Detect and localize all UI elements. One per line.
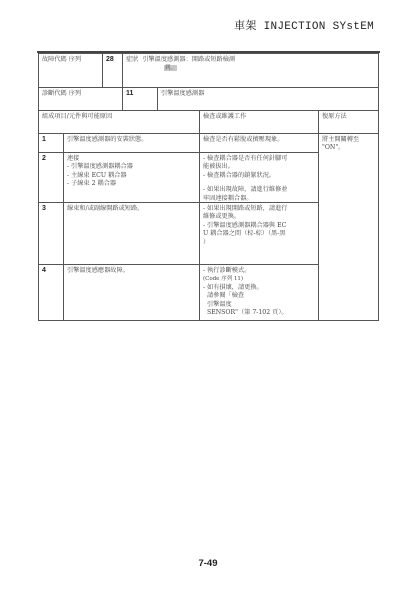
page-header-title: 車架 INJECTION SYstEM <box>234 17 374 33</box>
row-number: 1 <box>38 133 64 153</box>
check-line: 能被拔出。 <box>203 163 315 171</box>
check-line: 引擎溫度 <box>203 301 315 309</box>
reset-method-cell: 將主開關轉至 "ON"。 <box>318 133 379 321</box>
check-line: ） <box>203 239 315 247</box>
symptom-sub: 到。 <box>164 65 177 71</box>
check-line: - 檢查耦合器的鎖緊狀況。 <box>203 172 315 180</box>
check-line: - 執行診斷模式。 <box>203 267 315 275</box>
page-number: 7-49 <box>0 558 416 569</box>
reset-line: "ON"。 <box>322 144 375 152</box>
symptom-cell: 症狀 引擎溫度感測器：開路或短路檢測 到。 <box>122 53 379 88</box>
row-number: 2 <box>38 152 64 203</box>
check-line: - 引擎溫度感測器耦合器與 EC <box>203 222 315 230</box>
check-line: (Code 序列 11) <box>203 275 315 283</box>
symptom-label: 症狀 <box>126 56 138 63</box>
row-cause: 連接 - 引擎溫度感測器耦合器 - 主線束 ECU 耦合器 - 子線束 2 耦合… <box>63 152 200 203</box>
cause-line: - 子線束 2 耦合器 <box>67 180 196 188</box>
header-cause: 組成項目/元件與可能原因 <box>38 110 200 134</box>
diag-code-value: 11 <box>122 87 158 111</box>
check-line: - 如有損壞，請更換。 <box>203 284 315 292</box>
cause-line: 引擎溫度感測器的安裝狀態。 <box>67 136 196 144</box>
header-check: 檢查或維護工作 <box>199 110 319 134</box>
row-check: - 如果出現開路或短路，請進行 維修或更換。 - 引擎溫度感測器耦合器與 EC … <box>199 202 319 265</box>
fault-code-label: 故障代碼 序列 <box>38 53 103 88</box>
row-number: 3 <box>38 202 64 265</box>
row-cause: 引擎溫度感測器的安裝狀態。 <box>63 133 200 153</box>
check-line: U 耦合器之間（棕-棕）（黑-黑 <box>203 230 315 238</box>
cause-line: 引擎溫度感應器故障。 <box>67 267 196 275</box>
cause-line: 線束和/或副線開路或短路。 <box>67 205 196 213</box>
check-line: 請參閱「檢查 <box>203 292 315 300</box>
diag-code-label: 診斷代碼 序列 <box>38 87 123 111</box>
row-cause: 線束和/或副線開路或短路。 <box>63 202 200 265</box>
row-check: 檢查是否有鬆脫或擠壓現象。 <box>199 133 319 153</box>
fault-code-value: 28 <box>102 53 123 88</box>
row-check: - 檢查耦合器是否有任何針腳可 能被拔出。 - 檢查耦合器的鎖緊狀況。 - 如果… <box>199 152 319 203</box>
reset-line: 將主開關轉至 <box>322 136 375 144</box>
symptom-text: 引擎溫度感測器：開路或短路檢測 <box>142 56 235 63</box>
check-line: SENSOR"（第 7-102 頁）。 <box>203 309 315 317</box>
check-line: 維修或更換。 <box>203 213 315 221</box>
cause-line: - 主線束 ECU 耦合器 <box>67 172 196 180</box>
check-line: 檢查是否有鬆脫或擠壓現象。 <box>203 136 315 144</box>
row-cause: 引擎溫度感應器故障。 <box>63 264 200 321</box>
cause-line: - 引擎溫度感測器耦合器 <box>67 163 196 171</box>
row-number: 4 <box>38 264 64 321</box>
row-check: - 執行診斷模式。 (Code 序列 11) - 如有損壞，請更換。 請參閱「檢… <box>199 264 319 321</box>
diag-code-desc: 引擎溫度感測器 <box>157 87 379 111</box>
header-reset: 復原方法 <box>318 110 379 134</box>
check-line: - 如果出現故障，請進行維修並 <box>203 186 315 194</box>
